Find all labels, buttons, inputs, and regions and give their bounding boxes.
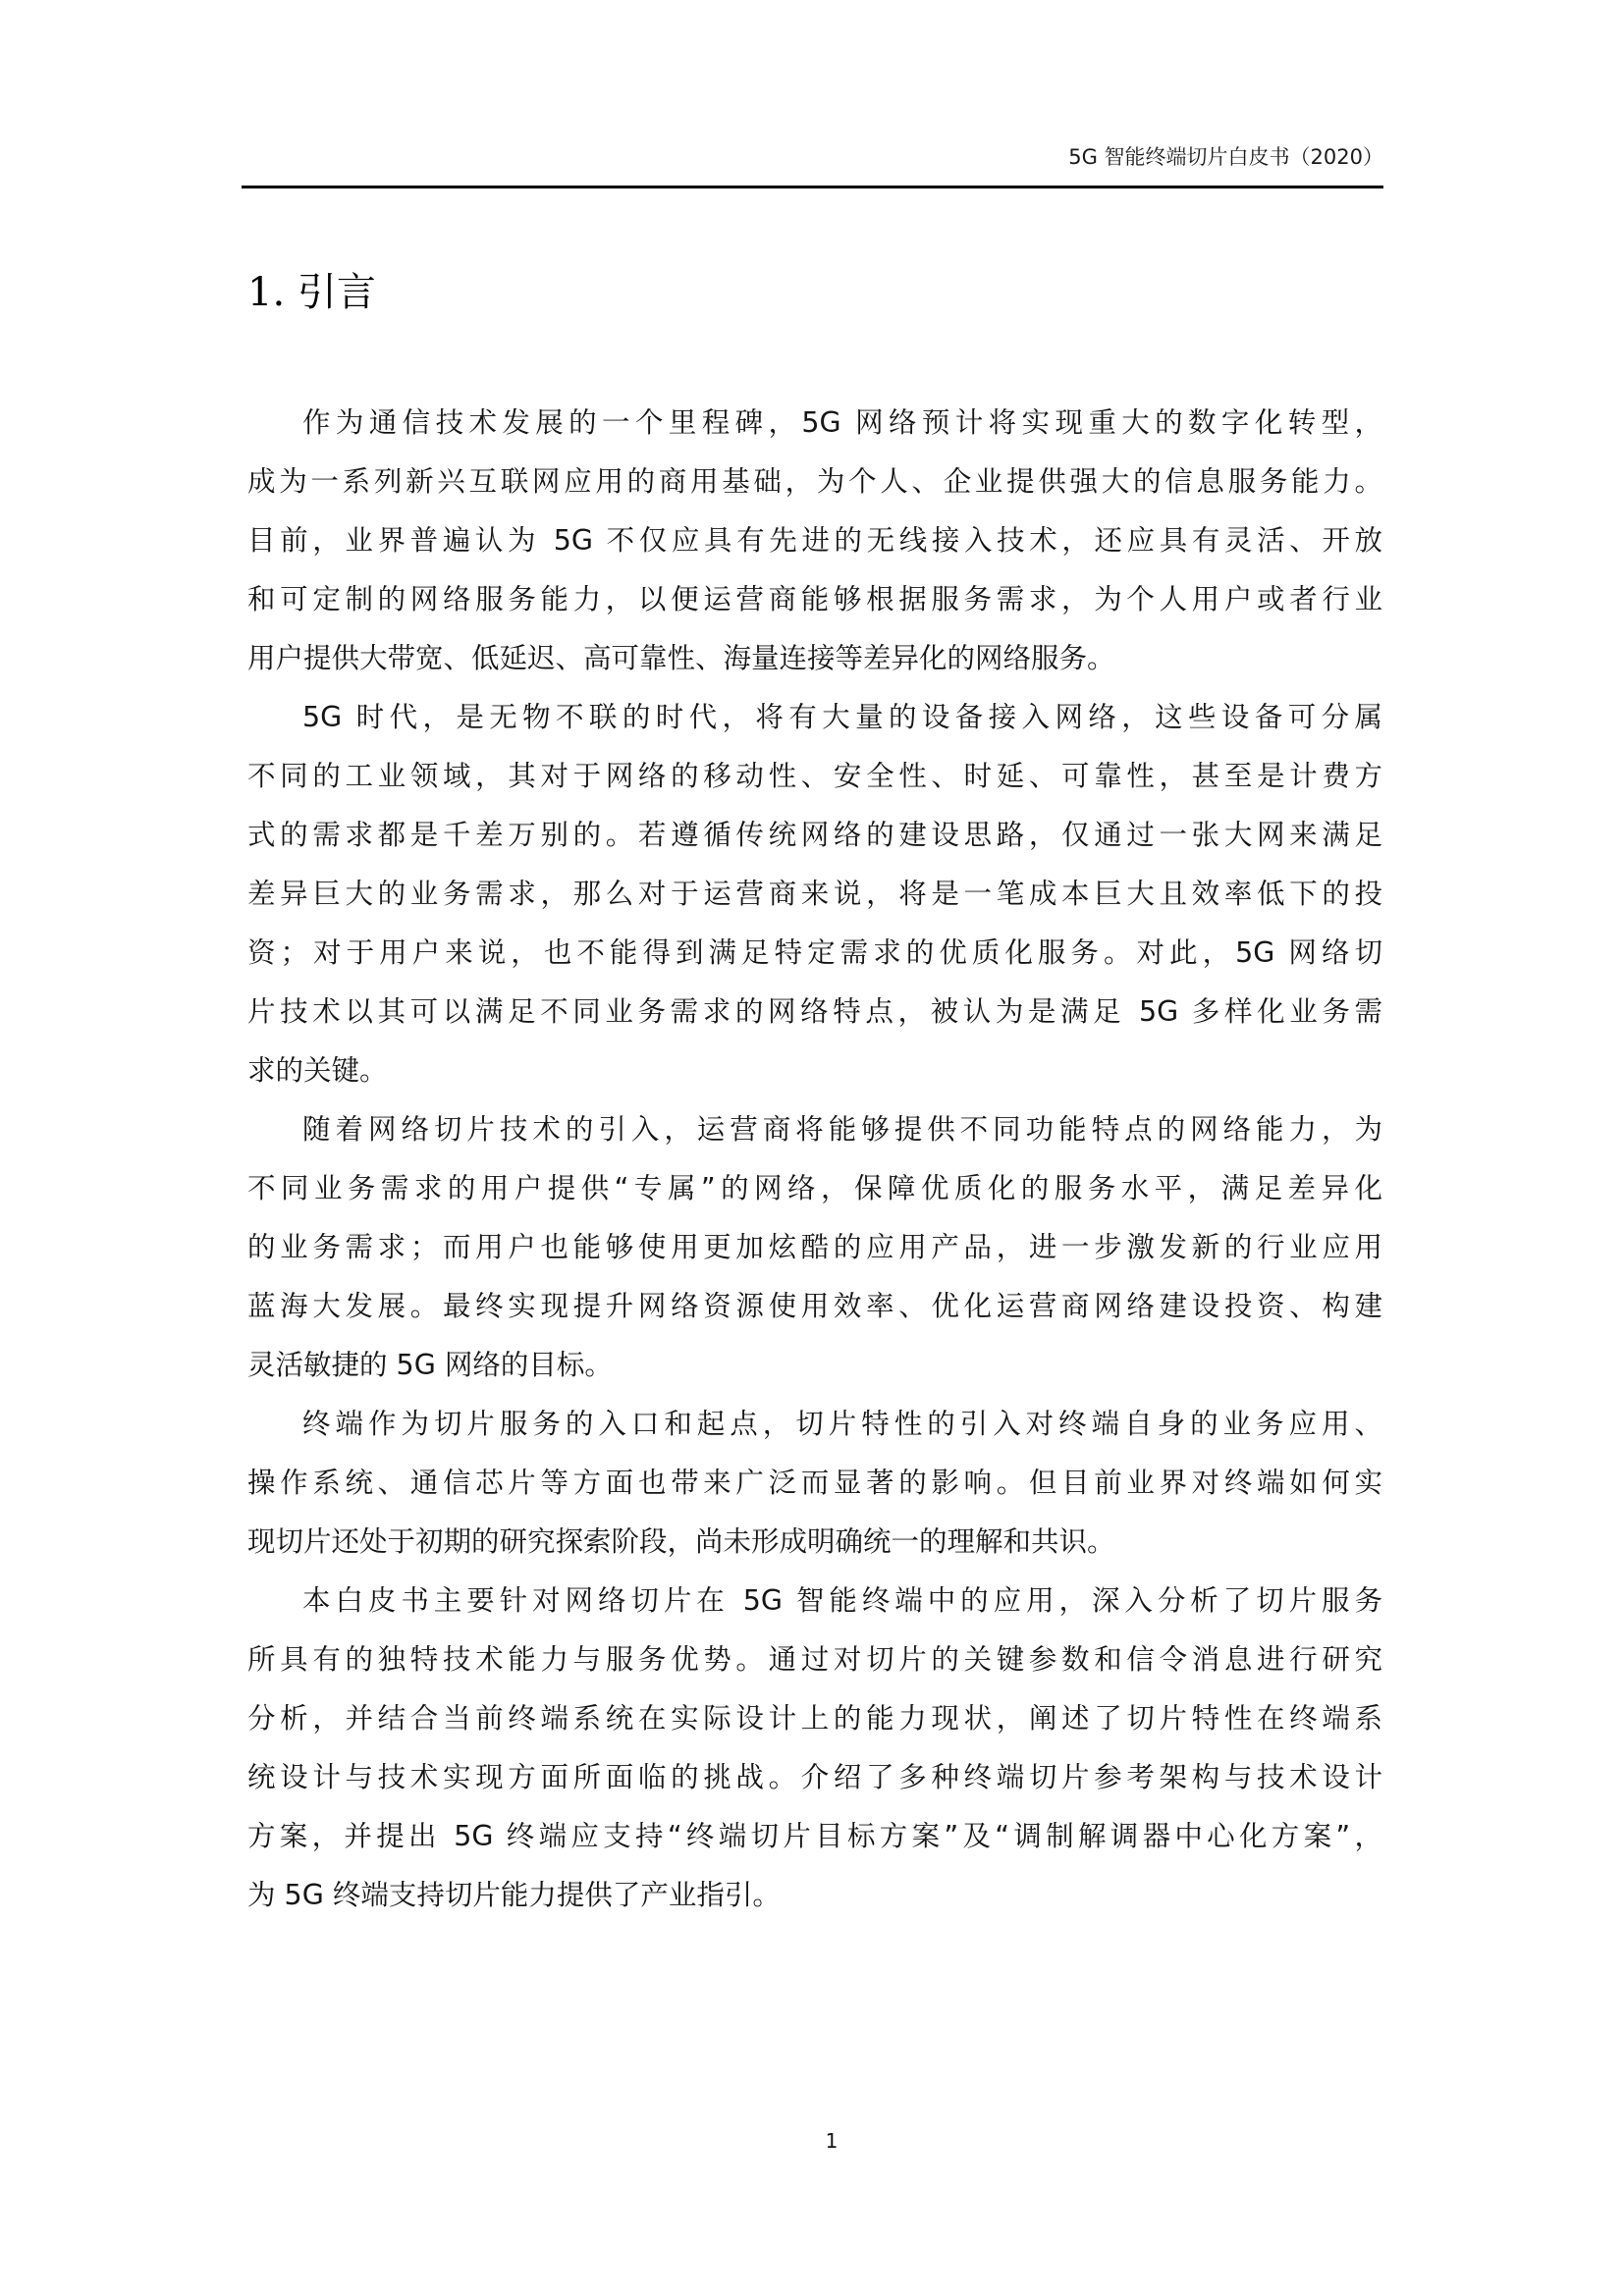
body-text: 作为通信技术发展的一个里程碑，5G 网络预计将实现重大的数字化转型， 成为一系列…	[247, 403, 1382, 1935]
text-line: 差异巨大的业务需求，那么对于运营商来说，将是一笔成本巨大且效率低下的投	[247, 875, 1382, 934]
text-line: 5G 时代，是无物不联的时代，将有大量的设备接入网络，这些设备可分属	[247, 698, 1382, 757]
text-line: 本白皮书主要针对网络切片在 5G 智能终端中的应用，深入分析了切片服务	[247, 1581, 1382, 1640]
header-rule	[242, 186, 1383, 188]
text-line: 灵活敏捷的 5G 网络的目标。	[247, 1346, 1382, 1405]
text-line: 作为通信技术发展的一个里程碑，5G 网络预计将实现重大的数字化转型，	[247, 403, 1382, 462]
text-line: 随着网络切片技术的引入，运营商将能够提供不同功能特点的网络能力，为	[247, 1110, 1382, 1169]
text-line: 用户提供大带宽、低延迟、高可靠性、海量连接等差异化的网络服务。	[247, 639, 1382, 698]
running-header: 5G 智能终端切片白皮书（2020）	[0, 143, 1383, 171]
text-line: 式的需求都是千差万别的。若遵循传统网络的建设思路，仅通过一张大网来满足	[247, 816, 1382, 875]
text-line: 现切片还处于初期的研究探索阶段，尚未形成明确统一的理解和共识。	[247, 1522, 1382, 1581]
page-number: 1	[0, 2128, 1624, 2154]
text-line: 不同业务需求的用户提供“专属”的网络，保障优质化的服务水平，满足差异化	[247, 1169, 1382, 1228]
text-line: 目前，业界普遍认为 5G 不仅应具有先进的无线接入技术，还应具有灵活、开放	[247, 521, 1382, 580]
text-line: 和可定制的网络服务能力，以便运营商能够根据服务需求，为个人用户或者行业	[247, 580, 1382, 639]
text-line: 操作系统、通信芯片等方面也带来广泛而显著的影响。但目前业界对终端如何实	[247, 1464, 1382, 1522]
text-line: 求的关键。	[247, 1051, 1382, 1110]
section-title: 1. 引言	[247, 267, 376, 318]
text-line: 方案，并提出 5G 终端应支持“终端切片目标方案”及“调制解调器中心化方案”，	[247, 1817, 1382, 1876]
text-line: 的业务需求；而用户也能够使用更加炫酷的应用产品，进一步激发新的行业应用	[247, 1228, 1382, 1287]
paragraph: 终端作为切片服务的入口和起点，切片特性的引入对终端自身的业务应用、 操作系统、通…	[247, 1405, 1382, 1581]
text-line: 分析，并结合当前终端系统在实际设计上的能力现状，阐述了切片特性在终端系	[247, 1699, 1382, 1758]
paragraph: 5G 时代，是无物不联的时代，将有大量的设备接入网络，这些设备可分属 不同的工业…	[247, 698, 1382, 1110]
text-line: 为 5G 终端支持切片能力提供了产业指引。	[247, 1876, 1382, 1935]
text-line: 成为一系列新兴互联网应用的商用基础，为个人、企业提供强大的信息服务能力。	[247, 462, 1382, 521]
text-line: 终端作为切片服务的入口和起点，切片特性的引入对终端自身的业务应用、	[247, 1405, 1382, 1464]
paragraph: 作为通信技术发展的一个里程碑，5G 网络预计将实现重大的数字化转型， 成为一系列…	[247, 403, 1382, 698]
text-line: 片技术以其可以满足不同业务需求的网络特点，被认为是满足 5G 多样化业务需	[247, 992, 1382, 1051]
paragraph: 本白皮书主要针对网络切片在 5G 智能终端中的应用，深入分析了切片服务 所具有的…	[247, 1581, 1382, 1935]
text-line: 蓝海大发展。最终实现提升网络资源使用效率、优化运营商网络建设投资、构建	[247, 1287, 1382, 1346]
text-line: 资；对于用户来说，也不能得到满足特定需求的优质化服务。对此，5G 网络切	[247, 934, 1382, 992]
text-line: 统设计与技术实现方面所面临的挑战。介绍了多种终端切片参考架构与技术设计	[247, 1758, 1382, 1817]
text-line: 不同的工业领域，其对于网络的移动性、安全性、时延、可靠性，甚至是计费方	[247, 757, 1382, 816]
text-line: 所具有的独特技术能力与服务优势。通过对切片的关键参数和信令消息进行研究	[247, 1640, 1382, 1699]
paragraph: 随着网络切片技术的引入，运营商将能够提供不同功能特点的网络能力，为 不同业务需求…	[247, 1110, 1382, 1405]
